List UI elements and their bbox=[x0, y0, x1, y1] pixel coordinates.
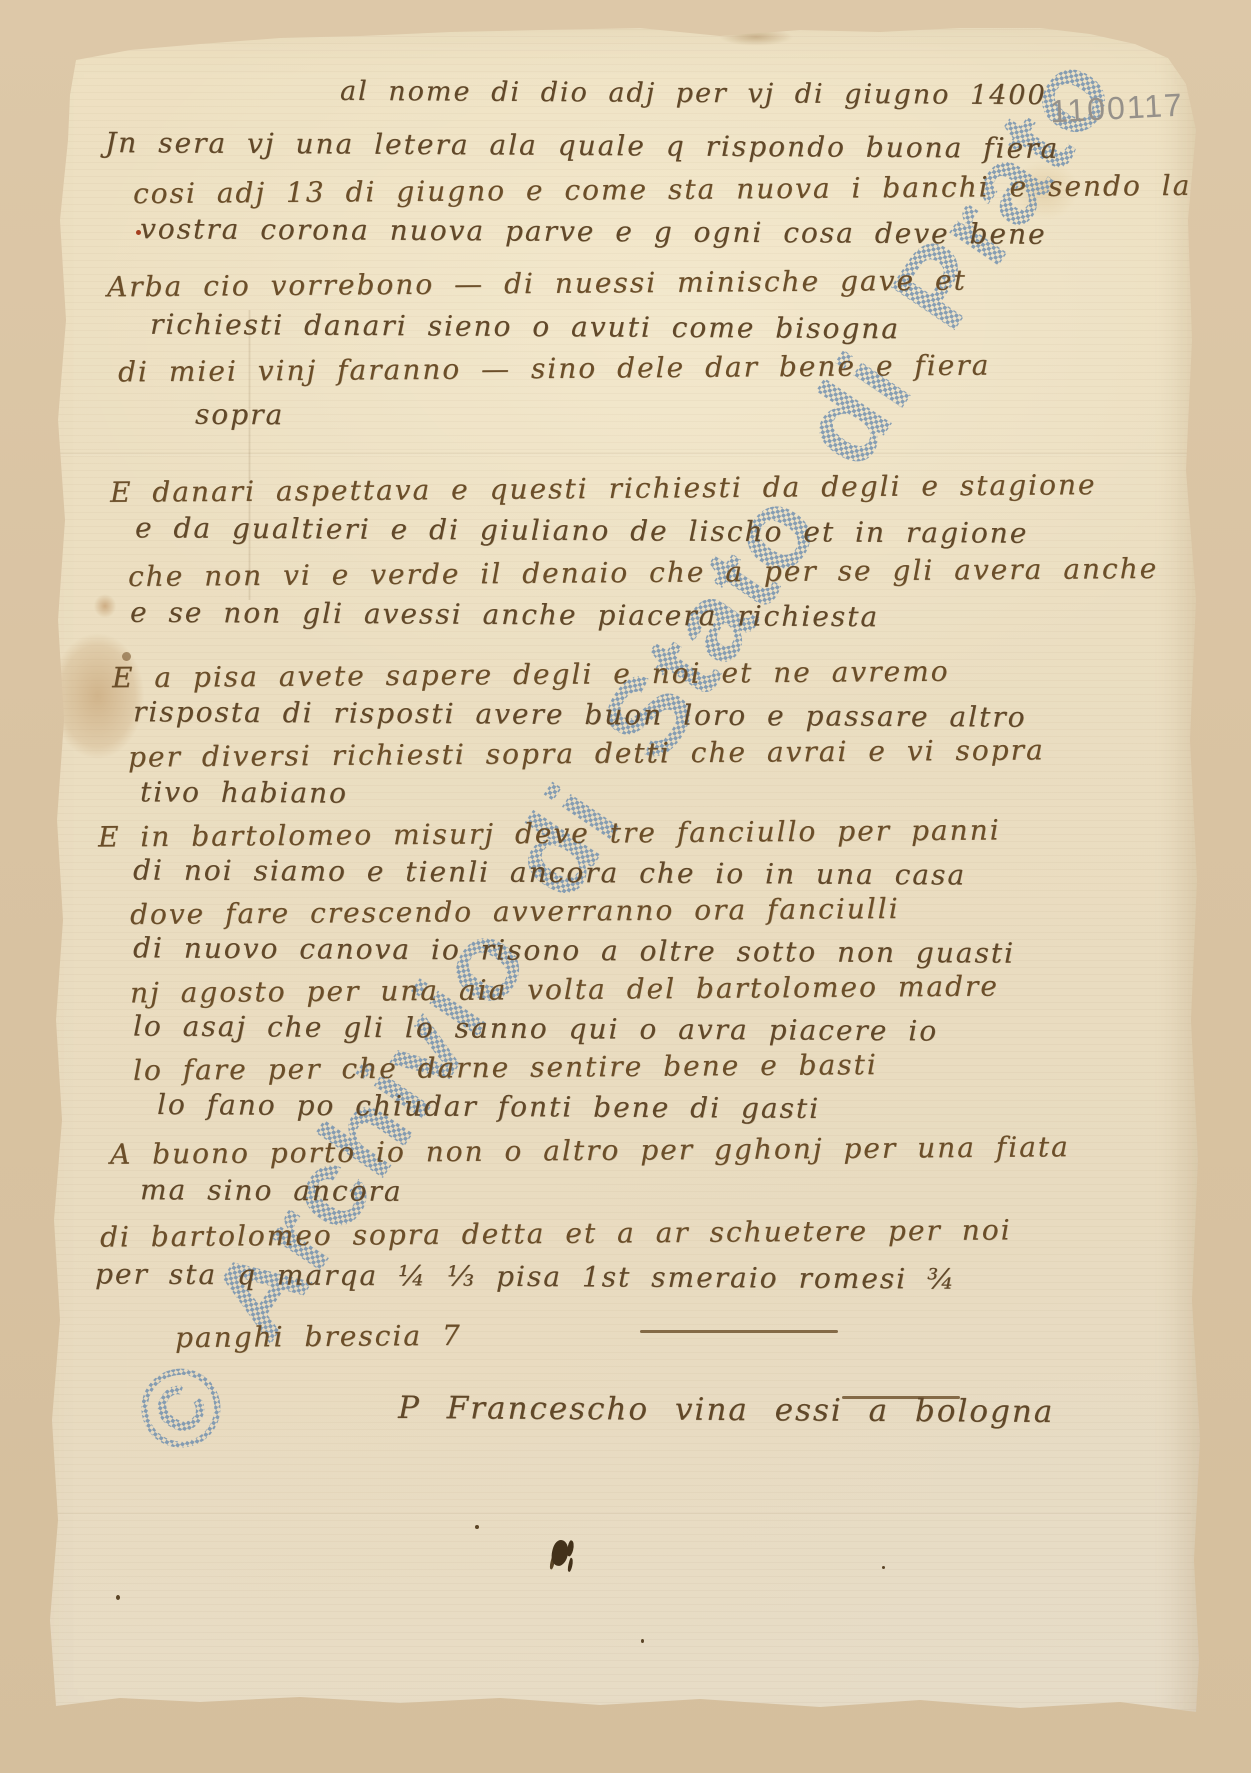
manuscript-page: © Archivio di Stato di Prato al nome di … bbox=[0, 0, 1251, 1773]
edge-shadow bbox=[0, 0, 1251, 1773]
